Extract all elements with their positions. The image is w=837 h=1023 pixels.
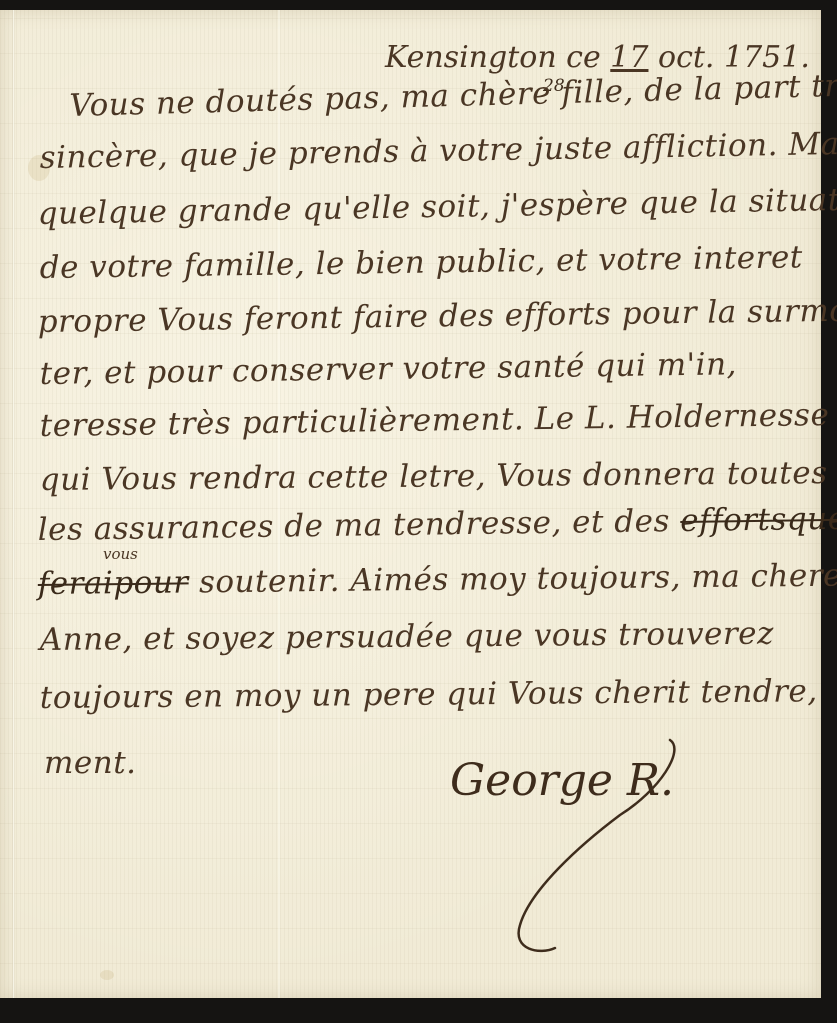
date-place: Kensington ce [385, 40, 601, 75]
letter-line: ment. [44, 745, 137, 781]
struck-text: feraipour [38, 564, 189, 602]
insertion-above: vous [103, 545, 138, 563]
paper-stain [100, 970, 114, 980]
letter-line: Anne, et soyez persuadée que vous trouve… [40, 616, 774, 658]
fold-crease-left [12, 10, 15, 998]
line-text: Aimés moy toujours, ma chere [350, 558, 837, 599]
letter-line: qui Vous rendra cette letre, Vous donner… [40, 455, 828, 498]
date-day: 17 [610, 40, 648, 75]
signature-flourish [500, 730, 690, 960]
line-text: soutenir. [199, 563, 340, 600]
struck-text: effortsque je [680, 500, 837, 539]
letter-line: toujours en moy un pere qui Vous cherit … [40, 673, 818, 716]
